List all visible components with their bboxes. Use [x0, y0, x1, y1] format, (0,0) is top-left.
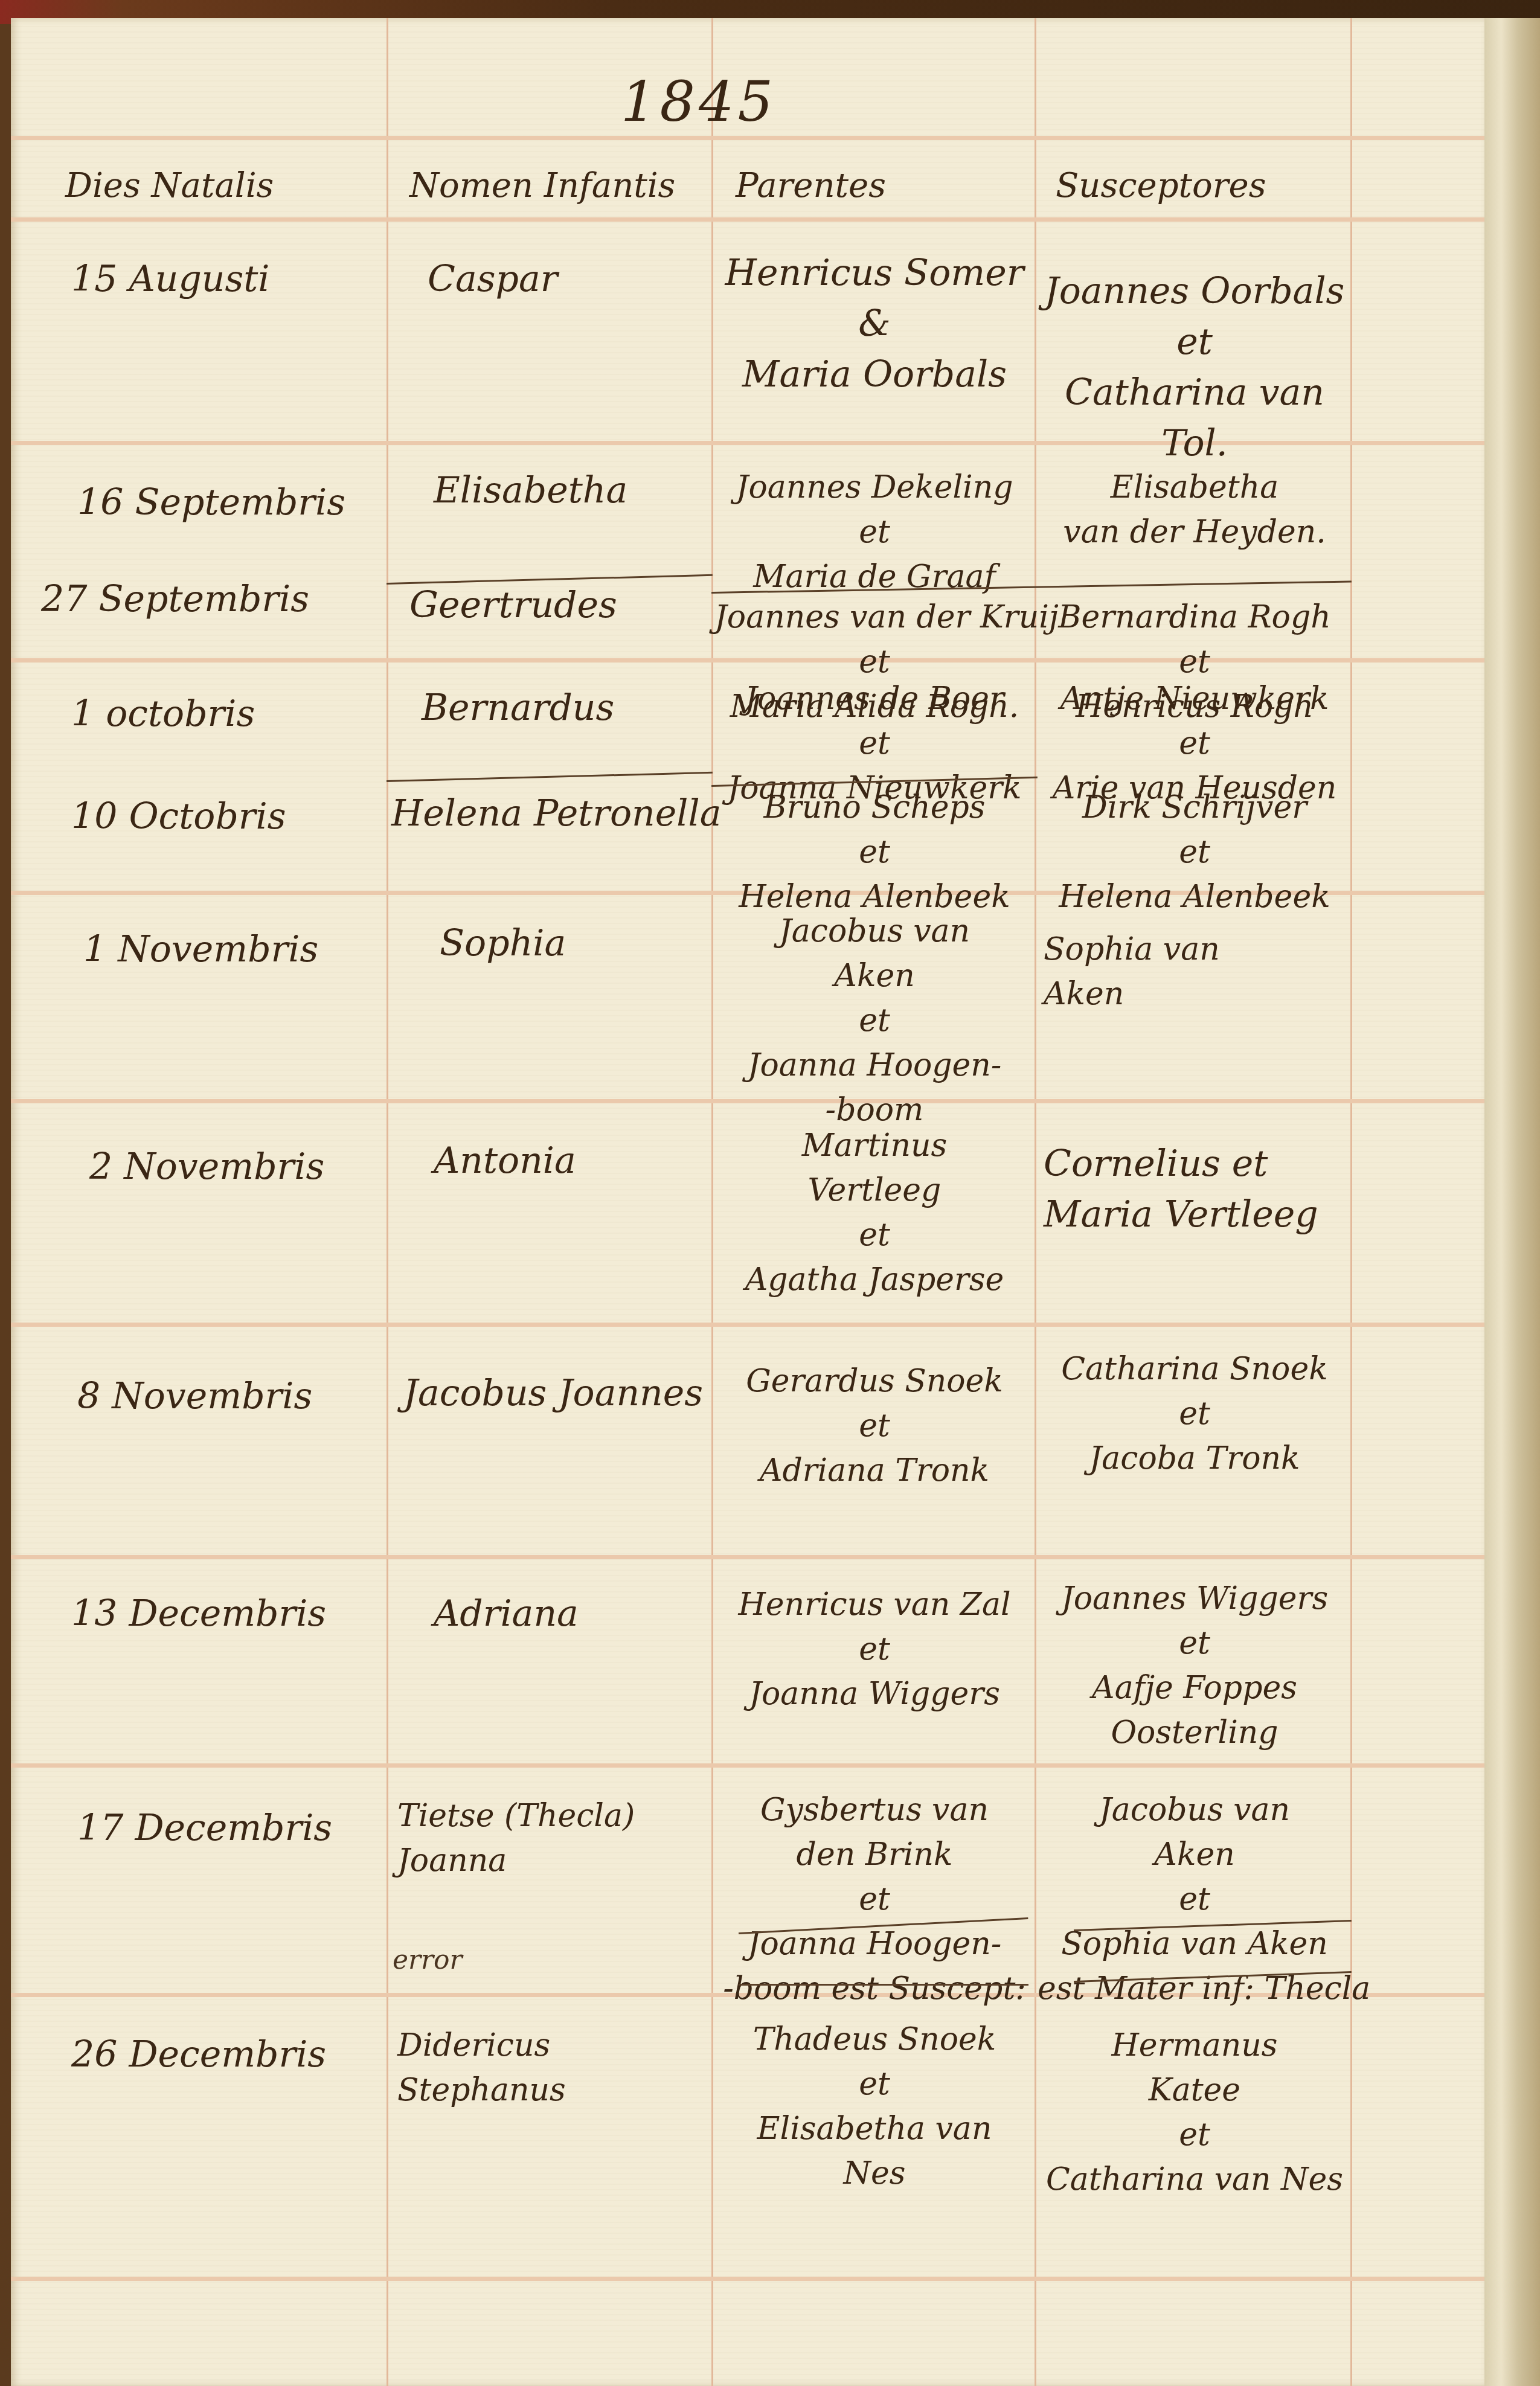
- entry-child: Elisabetha: [434, 465, 627, 516]
- header-dies-natalis: Dies Natalis: [65, 166, 274, 205]
- entry-date: 17 Decembris: [77, 1803, 332, 1853]
- entry-parents: Jacobus van Aken et Joanna Hoogen- -boom: [717, 909, 1031, 1132]
- underline-mark: [739, 1984, 1028, 1986]
- entry-date: 1 octobris: [71, 688, 255, 739]
- entry-godparents: Joannes Oorbals et Catharina van Tol.: [1041, 266, 1349, 469]
- entry-child: Sophia: [440, 918, 566, 969]
- row-rule: [11, 1555, 1484, 1559]
- entry-godparents: Dirk Schrijver et Helena Alenbeek: [1041, 785, 1349, 919]
- entry-date: 10 Octobris: [71, 791, 286, 842]
- entry-date: 2 Novembris: [89, 1141, 324, 1192]
- entry-child: Adriana: [434, 1588, 579, 1639]
- entry-child: Caspar: [428, 254, 557, 304]
- entry-godparents: Joannes Wiggers et Aafje Foppes Oosterli…: [1041, 1576, 1349, 1755]
- entry-child: Helena Petronella: [391, 788, 721, 839]
- entry-date: 15 Augusti: [71, 254, 270, 304]
- column-rule: [387, 18, 388, 2386]
- entry-parents: Henricus van Zal et Joanna Wiggers: [717, 1582, 1031, 1716]
- entry-date: 13 Decembris: [71, 1588, 326, 1639]
- entry-child: Antonia: [434, 1135, 576, 1186]
- entry-child: Jacobus Joannes: [403, 1368, 703, 1419]
- entry-parents: Thadeus Snoek et Elisabetha van Nes: [714, 2017, 1035, 2196]
- entry-date: 26 Decembris: [71, 2029, 326, 2080]
- entry-child: Geertrudes: [409, 580, 617, 630]
- row-rule: [11, 2277, 1484, 2281]
- entry-parents: Martinus Vertleeg et Agatha Jasperse: [717, 1123, 1031, 1302]
- entry-godparents: Elisabetha van der Heyden.: [1041, 465, 1349, 554]
- entry-godparents: Cornelius et Maria Vertleeg: [1044, 1138, 1346, 1240]
- row-rule: [11, 217, 1484, 222]
- entry-date: 27 Septembris: [41, 574, 309, 624]
- header-parentes: Parentes: [736, 166, 886, 205]
- entry-godparents: Catharina Snoek et Jacoba Tronk: [1041, 1347, 1349, 1481]
- entry-child: Bernardus: [422, 682, 614, 733]
- entry-godparents: Sophia van Aken: [1044, 927, 1346, 1016]
- error-note: error: [393, 1945, 463, 1975]
- entry-parents: Henricus Somer & Maria Oorbals: [717, 248, 1031, 400]
- entry-godparents: Hermanus Katee et Catharina van Nes: [1038, 2023, 1352, 2202]
- entry-date: 1 Novembris: [83, 924, 318, 975]
- header-nomen-infantis: Nomen Infantis: [409, 166, 675, 205]
- column-rule: [711, 18, 713, 2386]
- column-rule: [1035, 18, 1036, 2386]
- entry-parents: Joannes Dekeling et Maria de Graaf: [717, 465, 1031, 599]
- register-year: 1845: [621, 69, 777, 134]
- row-rule: [11, 1763, 1484, 1768]
- row-rule: [11, 1323, 1484, 1327]
- entry-child: Didericus Stephanus: [397, 2023, 566, 2112]
- entry-child: Tietse (Thecla) Joanna: [397, 1794, 635, 1883]
- entry-parents: Gerardus Snoek et Adriana Tronk: [717, 1359, 1031, 1493]
- entry-divider-line: [387, 772, 713, 782]
- row-rule: [11, 136, 1484, 140]
- entry-parents: Bruno Scheps et Helena Alenbeek: [714, 785, 1035, 919]
- page-stack-edge: [1484, 18, 1540, 2386]
- header-susceptores: Susceptores: [1056, 166, 1266, 205]
- register-page: 1845 Dies Natalis Nomen Infantis Parente…: [11, 18, 1484, 2386]
- entry-parents: Gysbertus van den Brink et Joanna Hoogen…: [714, 1788, 1035, 2011]
- entry-date: 8 Novembris: [77, 1371, 312, 1422]
- entry-date: 16 Septembris: [77, 477, 345, 528]
